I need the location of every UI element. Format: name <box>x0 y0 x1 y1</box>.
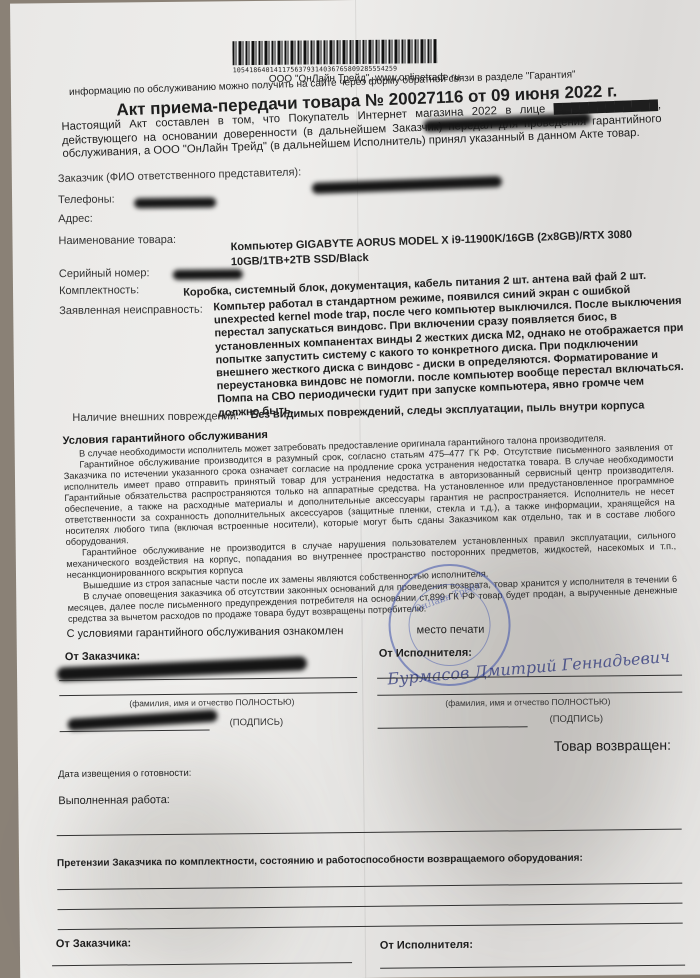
from-customer-label: От Заказчика: <box>65 650 140 663</box>
defect-label: Заявленная неисправность: <box>59 304 203 318</box>
goods-returned-label: Товар возвращен: <box>554 737 671 754</box>
phones-label: Телефоны: <box>58 194 115 207</box>
warranty-terms: Условия гарантийного обслуживания В случ… <box>63 418 678 625</box>
full-name-hint: (фамилия, имя и отчество ПОЛНОСТЬЮ) <box>129 697 294 709</box>
act-document: 1054186401411756379314036765809285554259… <box>10 0 700 978</box>
full-name-hint: (фамилия, имя и отчество ПОЛНОСТЬЮ) <box>445 696 610 708</box>
product-value-line1: Компьютер GIGABYTE AORUS MODEL X i9-1190… <box>231 229 633 254</box>
product-value-line2: 10GB/1TB+2TB SSD/Black <box>231 252 369 268</box>
barcode <box>232 39 437 65</box>
redaction <box>67 710 217 731</box>
redaction <box>312 176 502 194</box>
customer-label: Заказчик (ФИО ответственного представите… <box>58 166 302 185</box>
from-customer-label-2: От Заказчика: <box>56 937 131 950</box>
signature-hint: (ПОДПИСЬ) <box>230 717 284 729</box>
customer-name-line <box>59 692 357 696</box>
from-executor-label-2: От Исполнителя: <box>380 939 473 952</box>
completeness-label: Комплектность: <box>59 284 139 297</box>
stamp-place: место печати <box>417 624 485 637</box>
customer-signature-line <box>60 730 210 733</box>
address-label: Адрес: <box>58 213 93 225</box>
product-label: Наименование товара: <box>58 234 176 247</box>
redaction <box>134 197 216 208</box>
ready-date-label: Дата извещения о готовности: <box>58 768 191 780</box>
damage-label: Наличие внешних повреждений: <box>72 410 239 424</box>
redaction <box>173 269 243 280</box>
acknowledged-text: С условиями гарантийного обслуживания оз… <box>67 625 344 640</box>
serial-label: Серийный номер: <box>59 267 150 280</box>
signature-hint: (ПОДПИСЬ) <box>549 713 603 725</box>
from-executor-label: От Исполнителя: <box>379 647 472 660</box>
executor-signature-line-2 <box>380 965 685 969</box>
work-done-label: Выполненная работа: <box>58 794 170 807</box>
